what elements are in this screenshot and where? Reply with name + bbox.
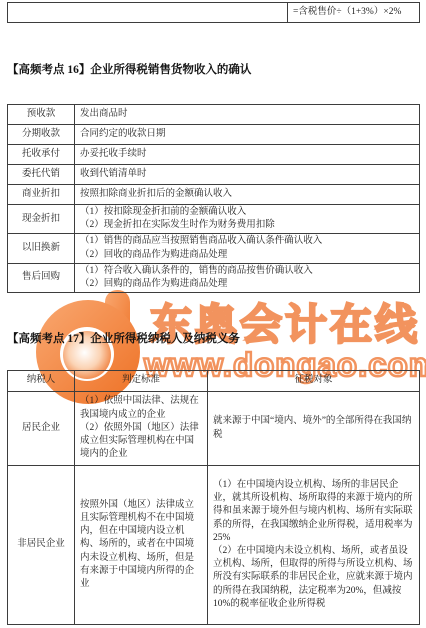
formula-table: =含税售价÷（1+3%）×2% [7, 2, 420, 23]
row-content-cell: 合同约定的收款日期 [75, 125, 420, 145]
table-row: 售后回购 （1）符合收入确认条件的，销售的商品按售价确认收入 （2）回购的商品作… [8, 263, 420, 292]
table-row: 居民企业 （1）依照中国法律、法规在我国境内成立的企业 （2）依照外国（地区）法… [8, 392, 420, 466]
taxpayer-cell: 居民企业 [8, 392, 75, 466]
header-criteria: 判定标准 [75, 371, 208, 392]
row-content-cell: （1）销售的商品应当按照销售商品收入确认条件确认收入 （2）回收的商品作为购进商… [75, 234, 420, 263]
taxpayer-cell: 非居民企业 [8, 466, 75, 625]
table-row: 非居民企业 按照外国（地区）法律成立且实际管理机构不在中国境内，但在中国境内设立… [8, 466, 420, 625]
row-content-cell: 收到代销清单时 [75, 165, 420, 185]
row-label-cell: 现金折扣 [8, 205, 75, 234]
table-row: 现金折扣 （1）按扣除现金折扣前的金额确认收入 （2）现金折扣在实际发生时作为财… [8, 205, 420, 234]
row-label-cell: 售后回购 [8, 263, 75, 292]
row-content-cell: 按照扣除商业折扣后的金额确认收入 [75, 185, 420, 205]
criteria-cell: 按照外国（地区）法律成立且实际管理机构不在中国境内，但在中国境内设立机构、场所的… [75, 466, 208, 625]
formula-empty-cell [8, 3, 288, 23]
section16-heading: 【高频考点 16】企业所得税销售货物收入的确认 [7, 61, 251, 77]
tax-object-cell: 就来源于中国“境内、境外”的全部所得在我国纳税 [208, 392, 420, 466]
row-content-cell: 发出商品时 [75, 105, 420, 125]
table-row: 分期收款 合同约定的收款日期 [8, 125, 420, 145]
row-label-cell: 商业折扣 [8, 185, 75, 205]
section17-heading: 【高频考点 17】企业所得税纳税人及纳税义务 [7, 330, 240, 346]
row-label-cell: 托收承付 [8, 145, 75, 165]
formula-cell: =含税售价÷（1+3%）×2% [288, 3, 420, 23]
row-content-cell: （1）按扣除现金折扣前的金额确认收入 （2）现金折扣在实际发生时作为财务费用扣除 [75, 205, 420, 234]
row-label-cell: 分期收款 [8, 125, 75, 145]
table-header-row: 纳税人 判定标准 征税对象 [8, 371, 420, 392]
revenue-recognition-table: 预收款 发出商品时 分期收款 合同约定的收款日期 托收承付 办妥托收手续时 委托… [7, 104, 420, 293]
row-label-cell: 委托代销 [8, 165, 75, 185]
table-row: 委托代销 收到代销清单时 [8, 165, 420, 185]
table-row: 预收款 发出商品时 [8, 105, 420, 125]
taxpayer-table: 纳税人 判定标准 征税对象 居民企业 （1）依照中国法律、法规在我国境内成立的企… [7, 370, 420, 625]
row-label-cell: 预收款 [8, 105, 75, 125]
row-label-cell: 以旧换新 [8, 234, 75, 263]
table-row: 商业折扣 按照扣除商业折扣后的金额确认收入 [8, 185, 420, 205]
document-page: 东奥会计在线 www.dongao.com =含税售价÷（1+3%）×2% 【高… [0, 0, 426, 628]
row-content-cell: （1）符合收入确认条件的，销售的商品按售价确认收入 （2）回购的商品作为购进商品… [75, 263, 420, 292]
header-taxpayer: 纳税人 [8, 371, 75, 392]
criteria-cell: （1）依照中国法律、法规在我国境内成立的企业 （2）依照外国（地区）法律成立但实… [75, 392, 208, 466]
tax-object-cell: （1）在中国境内设立机构、场所的非居民企业，就其所设机构、场所取得的来源于境内的… [208, 466, 420, 625]
table-row: 托收承付 办妥托收手续时 [8, 145, 420, 165]
table-row: =含税售价÷（1+3%）×2% [8, 3, 420, 23]
row-content-cell: 办妥托收手续时 [75, 145, 420, 165]
table-row: 以旧换新 （1）销售的商品应当按照销售商品收入确认条件确认收入 （2）回收的商品… [8, 234, 420, 263]
header-tax-object: 征税对象 [208, 371, 420, 392]
